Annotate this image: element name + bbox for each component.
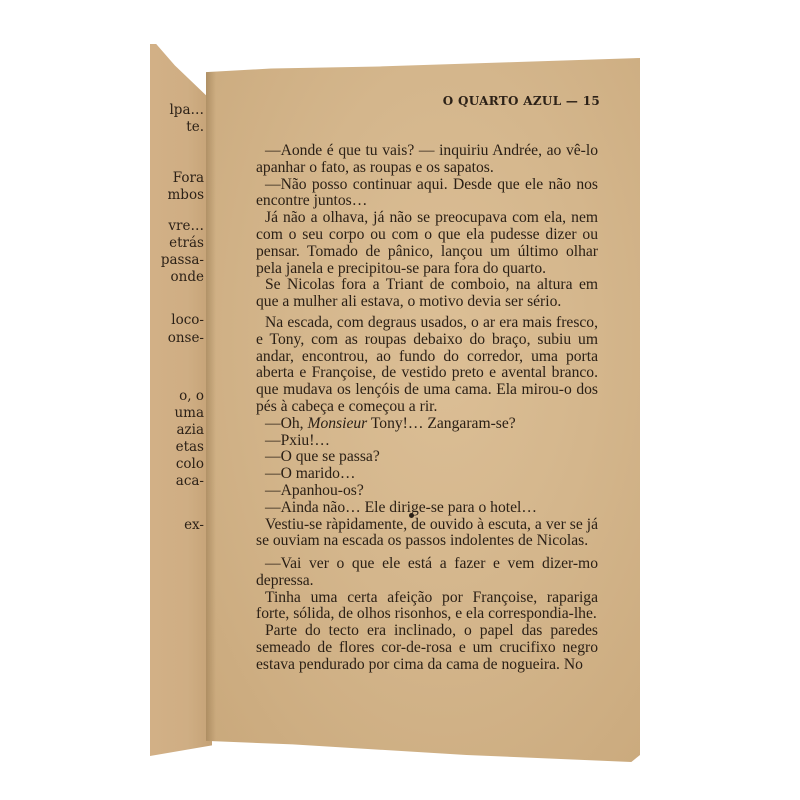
right-page: O QUARTO AZUL — 15 —Aonde é que tu vais?… (206, 58, 640, 762)
paragraph: —Aonde é que tu vais? — inquiriu Andrée,… (256, 143, 598, 177)
left-page-text: loco- (171, 314, 204, 328)
dialogue-line: —O que se passa? (256, 449, 598, 466)
left-page-text: te. (186, 121, 204, 135)
book-photo: lpa… te. Fora mbos vre… etrás passa- ond… (0, 0, 800, 800)
left-page-text: vre… (168, 220, 204, 234)
left-page-text: onse- (168, 332, 204, 346)
paragraph: Tinha uma certa afeição por Françoise, r… (256, 590, 598, 624)
left-page-text: etas (176, 441, 204, 455)
left-page-text: colo (176, 458, 204, 472)
left-page-text: aca- (176, 475, 204, 489)
left-page-text: passa- (161, 254, 204, 268)
dialogue-text: —Oh, (265, 415, 307, 432)
dialogue-line: —Ainda não… Ele dirige-se para o hotel… (256, 500, 598, 517)
left-page-text: onde (171, 271, 204, 285)
paragraph: —Não posso continuar aqui. Desde que ele… (256, 177, 598, 211)
paragraph: Vestiu-se ràpidamente, de ouvido à escut… (256, 517, 598, 551)
left-page-text: ex- (184, 519, 204, 533)
left-page-fragment: lpa… te. Fora mbos vre… etrás passa- ond… (150, 44, 212, 756)
paragraph: Já não a olhava, já não se preocupava co… (256, 210, 598, 277)
left-page-text: etrás (169, 237, 204, 251)
text-block-upper: —Aonde é que tu vais? — inquiriu Andrée,… (256, 143, 598, 550)
text-block-lower: —Vai ver o que ele está a fazer e vem di… (256, 556, 598, 674)
left-page-text: Fora (173, 172, 204, 186)
paragraph: Se Nicolas fora a Triant de comboio, na … (256, 277, 598, 311)
spine-fold (206, 58, 216, 762)
left-page-text: lpa… (169, 104, 204, 118)
paragraph: Parte do tecto era inclinado, o papel da… (256, 623, 598, 673)
dialogue-line: —Apanhou-os? (256, 483, 598, 500)
left-page-text: uma (174, 407, 204, 421)
paragraph: —Vai ver o que ele está a fazer e vem di… (256, 556, 598, 590)
left-page-text: o, o (179, 390, 204, 404)
italic-word: Monsieur (307, 415, 367, 432)
dialogue-line: —O marido… (256, 466, 598, 483)
left-page-text: azia (176, 424, 204, 438)
dialogue-line: —Oh, Monsieur Tony!… Zangaram-se? (256, 416, 598, 433)
paragraph: Na escada, com degraus usados, o ar era … (256, 315, 598, 416)
dialogue-line: —Pxiu!… (256, 433, 598, 450)
dialogue-text: Tony!… Zangaram-se? (367, 415, 515, 432)
left-page-text: mbos (168, 189, 205, 203)
running-head: O QUARTO AZUL — 15 (443, 94, 600, 108)
section-break-dot (409, 513, 414, 518)
